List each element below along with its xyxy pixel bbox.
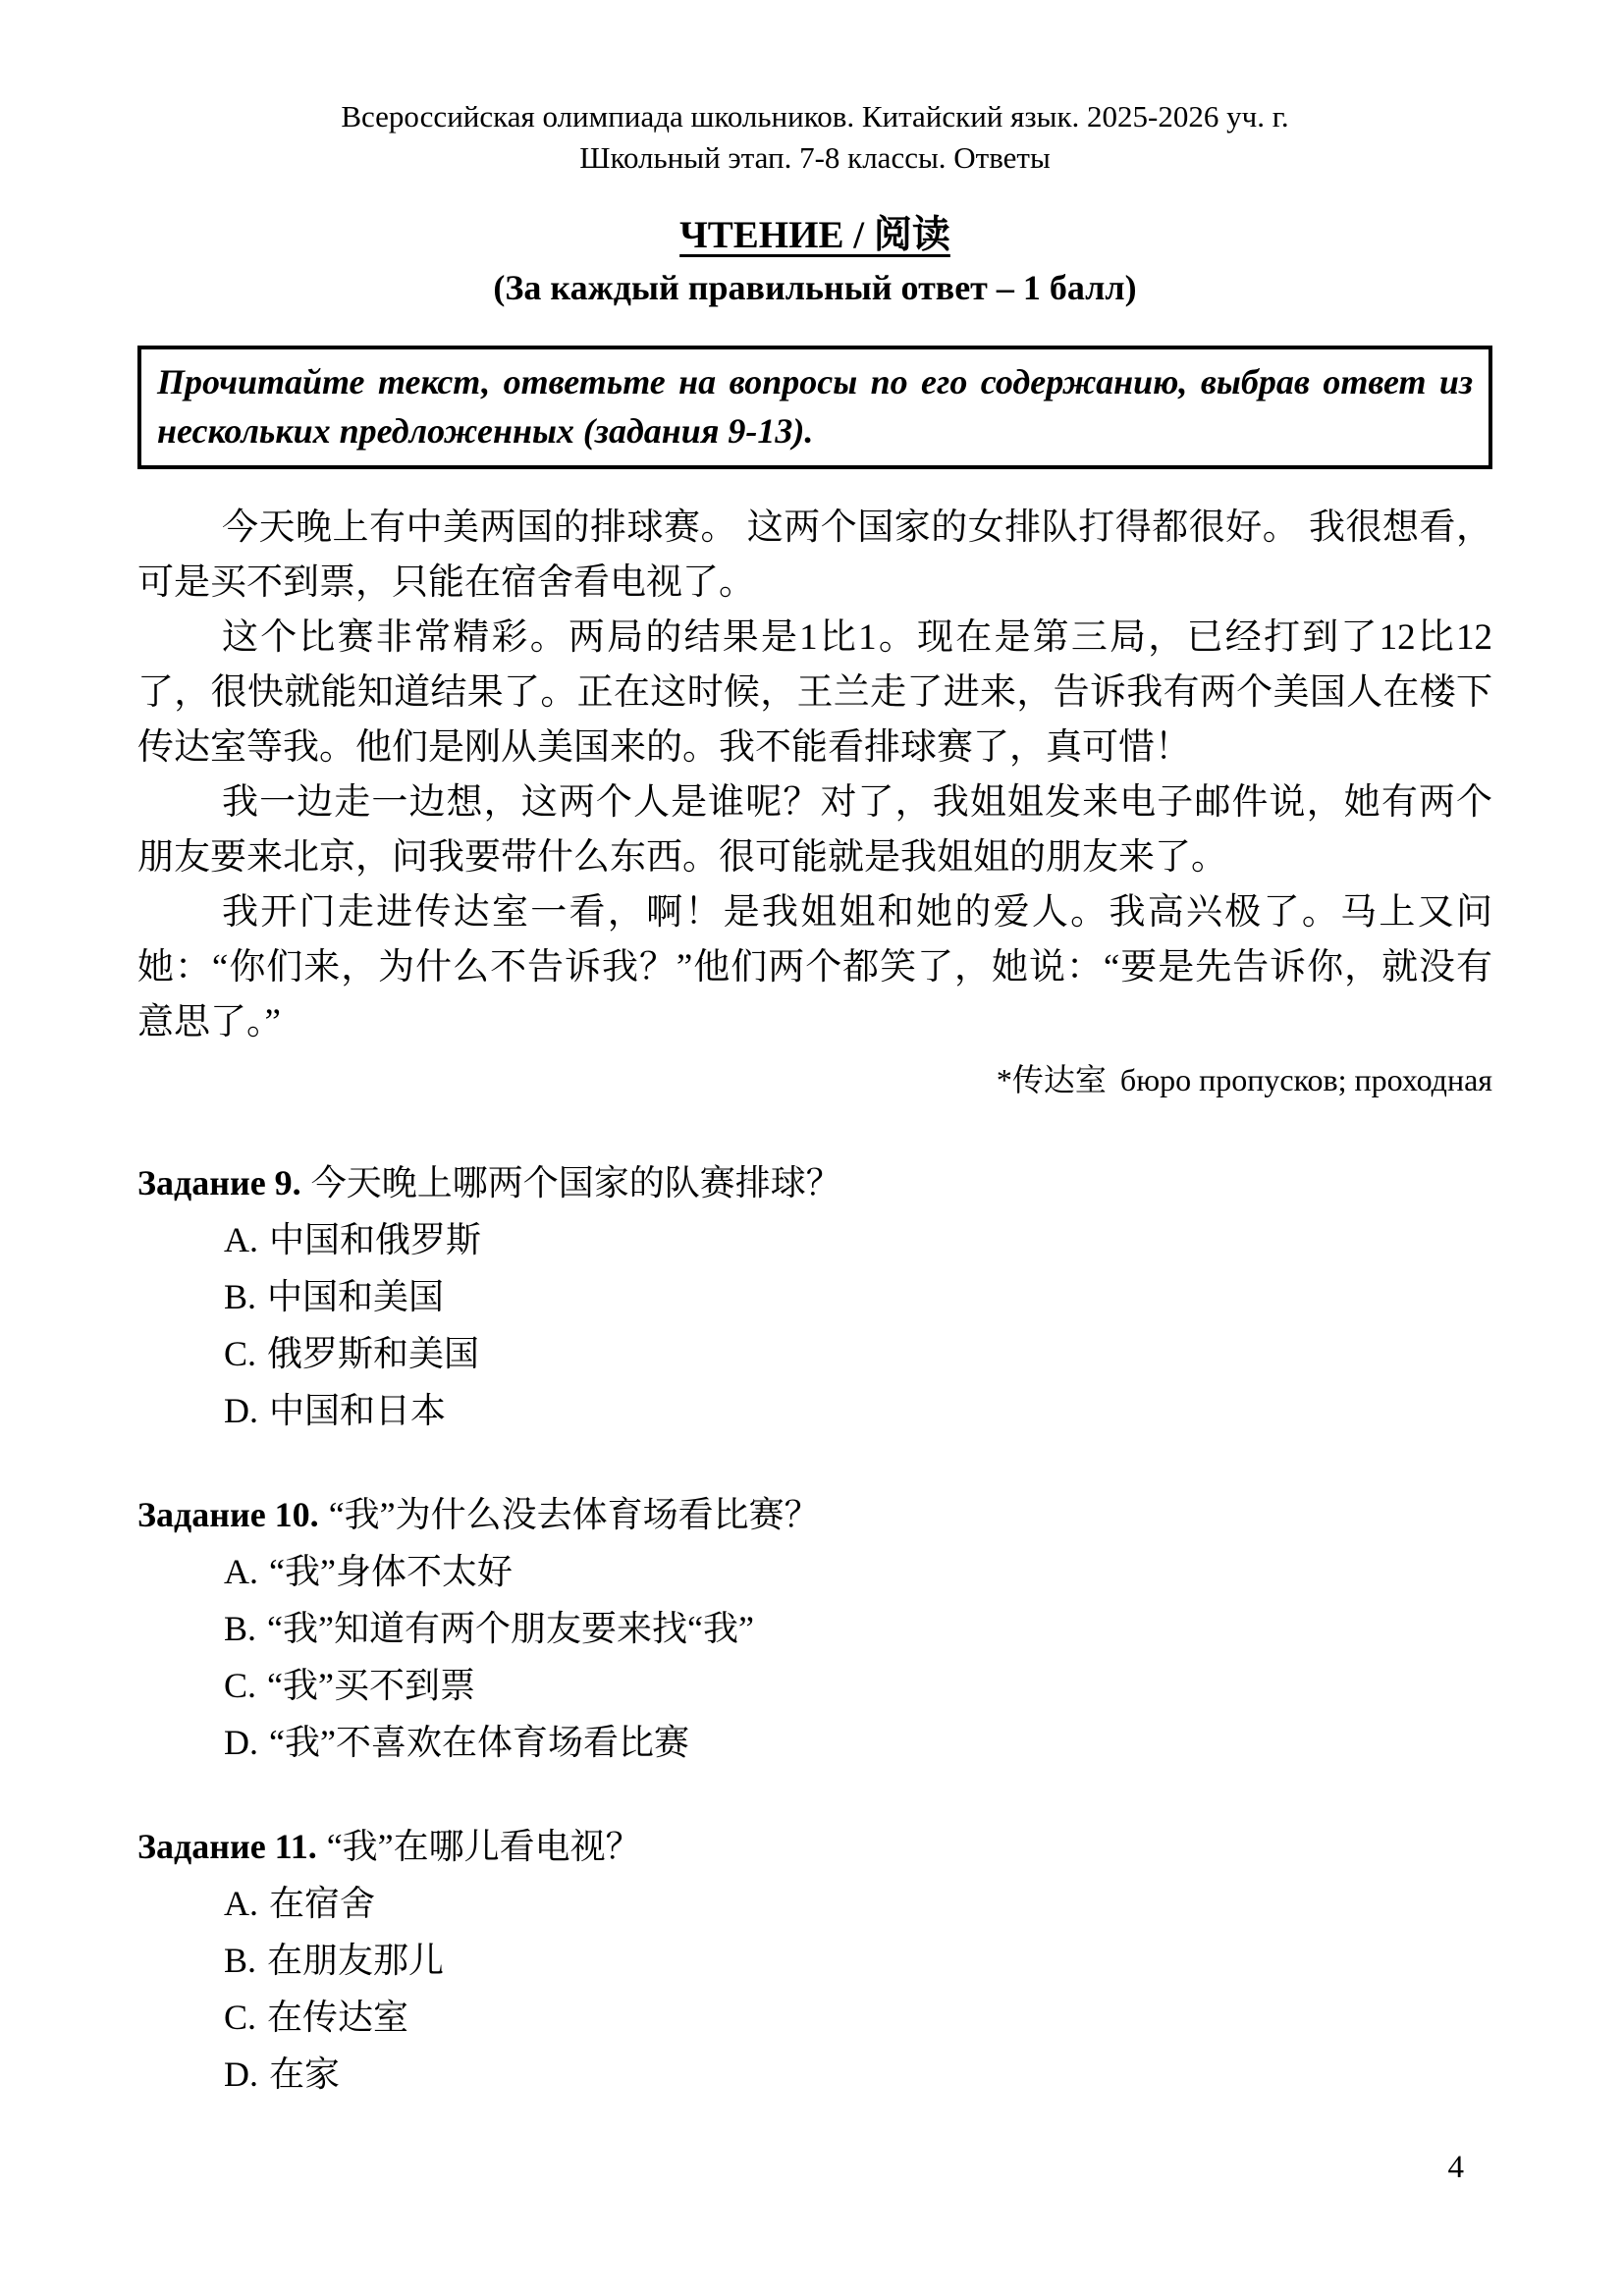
header-line-2: Школьный этап. 7-8 классы. Ответы (137, 137, 1492, 179)
option-text: “我”知道有两个朋友要来找“我” (267, 1609, 754, 1648)
footnote-translation: бюро пропусков; проходная (1120, 1062, 1492, 1097)
section-subtitle: (За каждый правильный ответ – 1 балл) (137, 265, 1492, 310)
task-11-question: “我”在哪儿看电视？ (327, 1827, 641, 1866)
task-11-option-c: C.在传达室 (224, 1989, 1492, 2046)
task-10-question: “我”为什么没去体育场看比赛？ (329, 1495, 820, 1534)
task-9-option-d: D.中国和日本 (224, 1382, 1492, 1439)
option-letter: B. (224, 1277, 256, 1316)
task-9-question: 今天晚上哪两个国家的队赛排球？ (311, 1163, 841, 1202)
option-letter: B. (224, 1941, 256, 1980)
task-10-header: Задание 10.“我”为什么没去体育场看比赛？ (137, 1486, 1492, 1543)
document-page: Всероссийская олимпиада школьников. Кита… (0, 0, 1624, 2296)
option-letter: D. (224, 1723, 258, 1762)
footnote: *传达室бюро пропусков; проходная (137, 1052, 1492, 1107)
option-letter: A. (224, 1552, 258, 1591)
option-text: “我”身体不太好 (269, 1552, 513, 1591)
task-9-label: Задание 9. (137, 1163, 301, 1202)
passage-paragraph-2: 这个比赛非常精彩。两局的结果是1比1。现在是第三局，已经打到了12比12了，很快… (137, 611, 1492, 775)
task-10-option-a: A.“我”身体不太好 (224, 1543, 1492, 1600)
option-text: 中国和日本 (269, 1391, 446, 1430)
task-10-label: Задание 10. (137, 1495, 319, 1534)
task-10: Задание 10.“我”为什么没去体育场看比赛？ A.“我”身体不太好 B.… (137, 1486, 1492, 1771)
option-text: 在家 (269, 2055, 340, 2094)
task-11-option-a: A.在宿舍 (224, 1875, 1492, 1932)
option-letter: D. (224, 1391, 258, 1430)
footnote-term: *传达室 (997, 1062, 1107, 1097)
passage-paragraph-3: 我一边走一边想，这两个人是谁呢？对了，我姐姐发来电子邮件说，她有两个朋友要来北京… (137, 775, 1492, 885)
option-letter: C. (224, 1998, 256, 2037)
task-11-option-b: B.在朋友那儿 (224, 1932, 1492, 1989)
doc-header: Всероссийская олимпиада школьников. Кита… (137, 96, 1492, 179)
task-9-header: Задание 9.今天晚上哪两个国家的队赛排球？ (137, 1154, 1492, 1211)
option-text: “我”不喜欢在体育场看比赛 (269, 1723, 689, 1762)
reading-passage: 今天晚上有中美两国的排球赛。 这两个国家的女排队打得都很好。 我很想看，可是买不… (137, 501, 1492, 1107)
section-title: ЧТЕНИЕ / 阅读 (137, 212, 1492, 258)
header-line-1: Всероссийская олимпиада школьников. Кита… (137, 96, 1492, 137)
task-9: Задание 9.今天晚上哪两个国家的队赛排球？ A.中国和俄罗斯 B.中国和… (137, 1154, 1492, 1439)
option-letter: A. (224, 1220, 258, 1259)
option-text: 在宿舍 (269, 1884, 375, 1923)
task-10-options: A.“我”身体不太好 B.“我”知道有两个朋友要来找“我” C.“我”买不到票 … (137, 1543, 1492, 1771)
task-9-option-b: B.中国和美国 (224, 1268, 1492, 1325)
task-10-option-c: C.“我”买不到票 (224, 1657, 1492, 1714)
passage-paragraph-4: 我开门走进传达室一看，啊！是我姐姐和她的爱人。我高兴极了。马上又问她：“你们来，… (137, 885, 1492, 1050)
option-text: 在朋友那儿 (267, 1941, 444, 1980)
option-text: “我”买不到票 (267, 1666, 475, 1705)
option-letter: C. (224, 1666, 256, 1705)
page-number: 4 (1448, 2148, 1465, 2187)
option-text: 中国和美国 (267, 1277, 444, 1316)
task-9-option-a: A.中国和俄罗斯 (224, 1211, 1492, 1268)
option-text: 俄罗斯和美国 (267, 1334, 479, 1373)
task-11-option-d: D.在家 (224, 2046, 1492, 2103)
option-text: 中国和俄罗斯 (269, 1220, 481, 1259)
task-10-option-b: B.“我”知道有两个朋友要来找“我” (224, 1600, 1492, 1657)
task-9-option-c: C.俄罗斯和美国 (224, 1325, 1492, 1382)
task-11-label: Задание 11. (137, 1827, 317, 1866)
task-11-header: Задание 11.“我”在哪儿看电视？ (137, 1818, 1492, 1875)
option-letter: D. (224, 2055, 258, 2094)
option-text: 在传达室 (267, 1998, 408, 2037)
task-9-options: A.中国和俄罗斯 B.中国和美国 C.俄罗斯和美国 D.中国和日本 (137, 1211, 1492, 1439)
option-letter: B. (224, 1609, 256, 1648)
option-letter: C. (224, 1334, 256, 1373)
task-11-options: A.在宿舍 B.在朋友那儿 C.在传达室 D.在家 (137, 1875, 1492, 2103)
passage-paragraph-1: 今天晚上有中美两国的排球赛。 这两个国家的女排队打得都很好。 我很想看，可是买不… (137, 501, 1492, 611)
task-11: Задание 11.“我”在哪儿看电视？ A.在宿舍 B.在朋友那儿 C.在传… (137, 1818, 1492, 2103)
task-10-option-d: D.“我”不喜欢在体育场看比赛 (224, 1714, 1492, 1771)
instruction-box: Прочитайте текст, ответьте на вопросы по… (137, 346, 1492, 469)
option-letter: A. (224, 1884, 258, 1923)
